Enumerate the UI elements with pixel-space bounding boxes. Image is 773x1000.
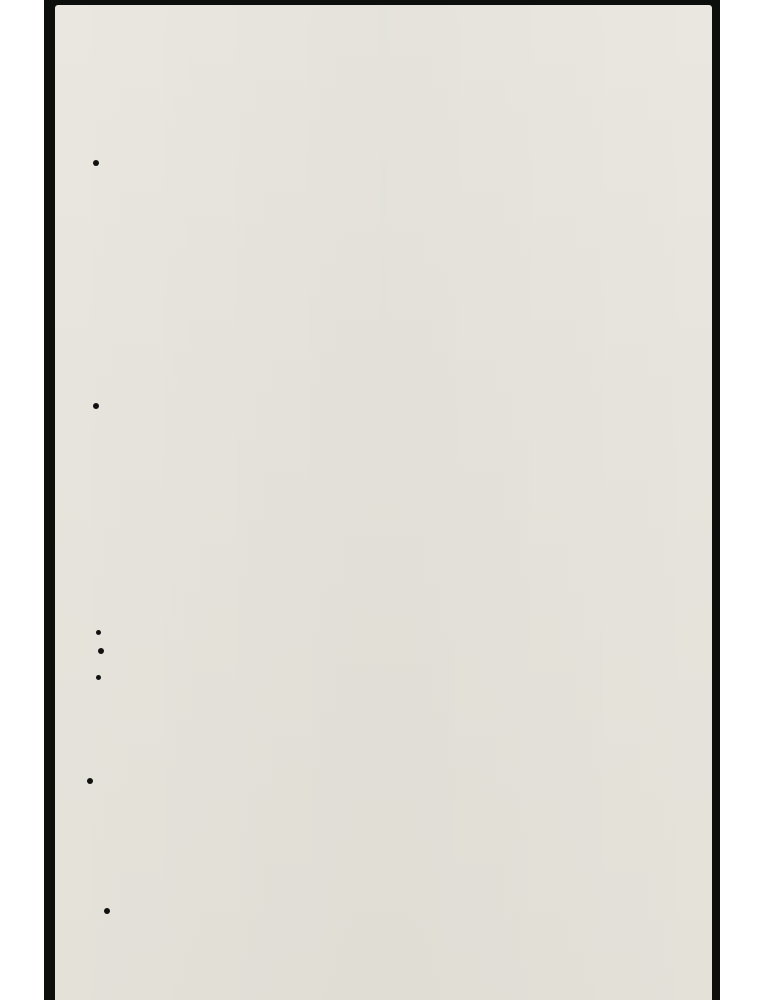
punch-hole [98, 648, 104, 654]
paper-sheet [55, 5, 712, 1000]
punch-hole [104, 908, 110, 914]
punch-hole [96, 630, 101, 635]
punch-hole [93, 403, 99, 409]
punch-hole [93, 160, 99, 166]
punch-hole [87, 778, 93, 784]
punch-hole [96, 675, 101, 680]
